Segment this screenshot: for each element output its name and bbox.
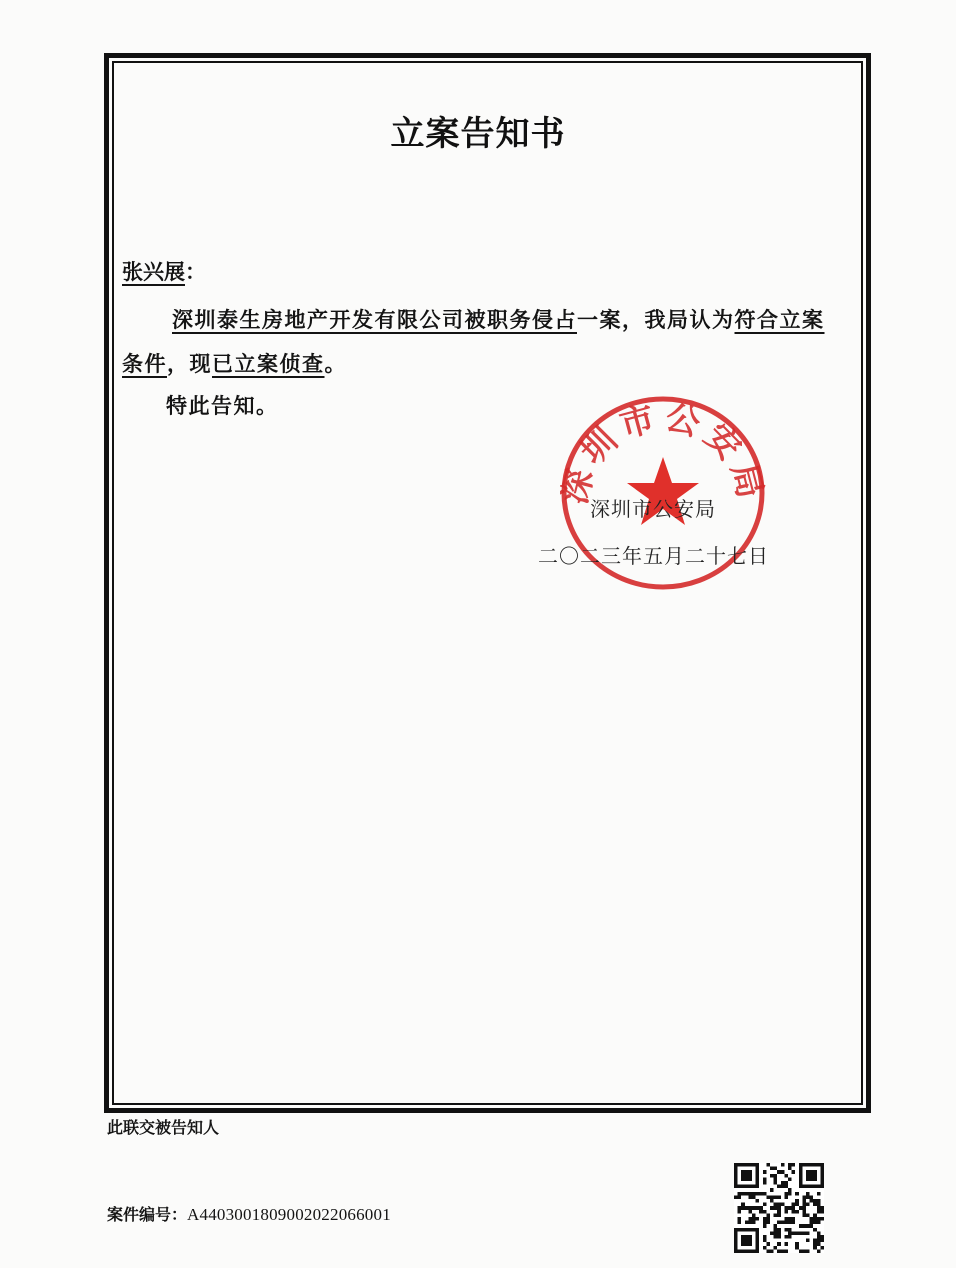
case-number-label: 案件编号： (107, 1205, 187, 1224)
addressee-name: 张兴展 (122, 259, 185, 284)
document-title: 立案告知书 (0, 106, 956, 155)
notice-body: 深圳泰生房地产开发有限公司被职务侵占一案，我局认为符合立案条件，现已立案侦查。 (122, 298, 852, 386)
body-text-2: ，现 (167, 351, 212, 376)
case-number: 案件编号：A4403001809002022066001 (107, 1202, 391, 1225)
addressee: 张兴展： (122, 256, 206, 286)
criteria-b: 条件 (122, 351, 167, 376)
body-text-1: 一案，我局认为 (577, 307, 735, 332)
criteria-a: 符合立案 (735, 307, 825, 332)
copy-note: 此联交被告知人 (107, 1115, 219, 1138)
issue-date: 二〇二三年五月二十七日 (538, 540, 769, 569)
issuing-authority: 深圳市公安局 (590, 493, 716, 522)
body-text-3: 。 (325, 351, 348, 376)
addressee-colon: ： (185, 259, 206, 284)
closing-text: 特此告知。 (166, 390, 279, 420)
case-action: 已立案侦查 (212, 351, 325, 376)
case-number-value: A4403001809002022066001 (187, 1205, 391, 1224)
case-subject: 深圳泰生房地产开发有限公司被职务侵占 (172, 307, 577, 332)
qr-code-icon (734, 1163, 824, 1253)
